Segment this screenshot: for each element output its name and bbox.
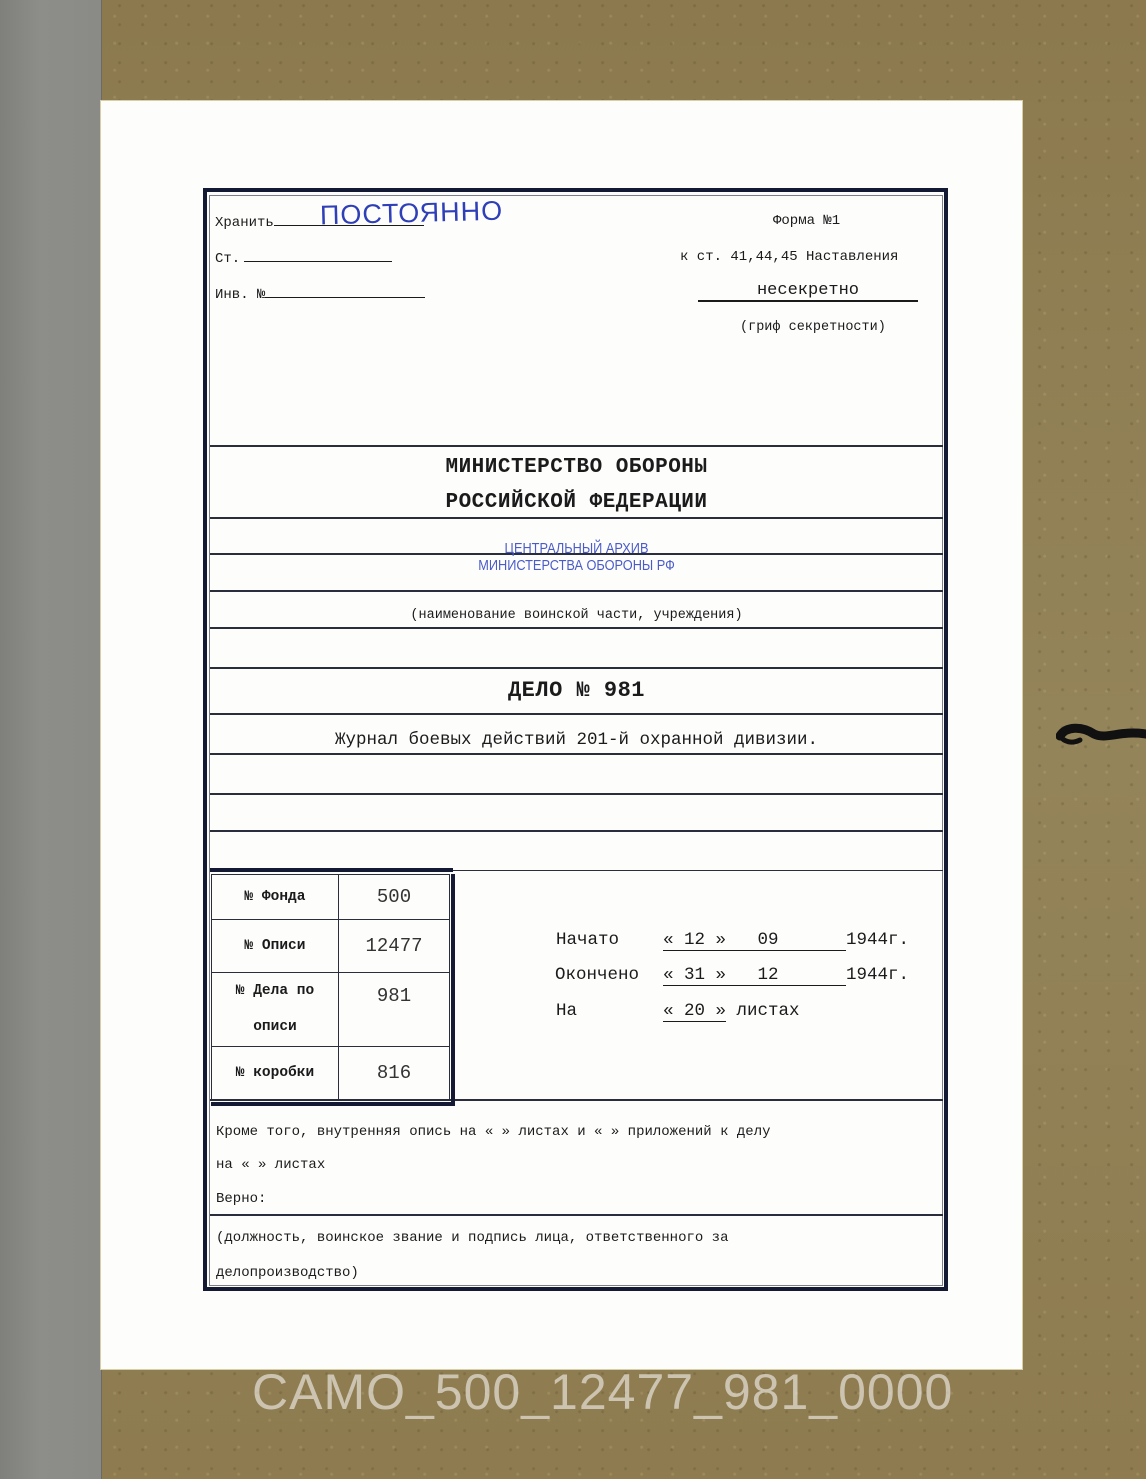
- case-title: ДЕЛО № 981: [210, 679, 943, 703]
- started-row: Начато« 12 » 091944г.: [556, 930, 909, 951]
- sheets-row: На« 20 » листах: [556, 1001, 800, 1022]
- folder-spine: [0, 0, 102, 1479]
- ledger-value: 500: [339, 875, 450, 920]
- started-label: Начато: [556, 930, 663, 950]
- ended-date-line: « 31 » 12: [663, 965, 846, 986]
- rule: [210, 517, 943, 519]
- classification-caption: (гриф секретности): [740, 320, 886, 336]
- form-number: Форма №1: [773, 213, 840, 229]
- sheets-count: « 20 »: [663, 1001, 726, 1022]
- rule: [210, 793, 943, 795]
- rule-thick: [210, 868, 453, 872]
- ended-year: 1944г.: [846, 965, 909, 985]
- rule: [453, 870, 943, 871]
- article-line: [244, 249, 392, 262]
- inventory-field: Инв. №: [215, 285, 425, 303]
- ended-day: « 31 »: [663, 965, 726, 985]
- started-month: 09: [758, 930, 779, 950]
- inventory-line: [265, 285, 425, 298]
- ledger-row: № Фонда 500: [212, 875, 450, 920]
- rule: [210, 445, 943, 447]
- inventory-label: Инв. №: [215, 287, 265, 303]
- archive-stamp-line-2: МИНИСТЕРСТВА ОБОРОНЫ РФ: [265, 558, 888, 574]
- ledger-row: № коробки 816: [212, 1047, 450, 1100]
- started-year: 1944г.: [846, 930, 909, 950]
- signature-caption-2: делопроизводство): [216, 1265, 359, 1281]
- rule: [210, 627, 943, 629]
- case-description: Журнал боевых действий 201-й охранной ди…: [210, 730, 943, 750]
- ministry-line-2: РОССИЙСКОЙ ФЕДЕРАЦИИ: [210, 491, 943, 515]
- ended-label: Окончено: [555, 965, 663, 985]
- ministry-line-1: МИНИСТЕРСТВО ОБОРОНЫ: [210, 456, 943, 480]
- rule: [210, 713, 943, 715]
- ledger-value: 12477: [339, 919, 450, 972]
- keep-label: Хранить: [215, 215, 274, 231]
- internal-inventory-note: Кроме того, внутренняя опись на « » лист…: [216, 1124, 771, 1140]
- scan-watermark: CAMO_500_12477_981_0000: [252, 1362, 953, 1422]
- article-field: Ст.: [215, 249, 392, 267]
- sheets-suffix: листах: [737, 1001, 800, 1021]
- started-date-line: « 12 » 09: [663, 930, 846, 951]
- rule: [210, 830, 943, 832]
- ledger-label: № коробки: [212, 1047, 339, 1100]
- rule: [210, 667, 943, 669]
- archive-stamp-line-1: ЦЕНТРАЛЬНЫЙ АРХИВ: [265, 541, 888, 557]
- article-label: Ст.: [215, 251, 240, 267]
- sheets-label: На: [556, 1001, 663, 1021]
- form-reference: к ст. 41,44,45 Наставления: [680, 249, 898, 265]
- ledger-label: № Описи: [212, 919, 339, 972]
- rule: [210, 1214, 943, 1216]
- ended-row: Окончено« 31 » 121944г.: [555, 965, 909, 986]
- unit-caption: (наименование воинской части, учреждения…: [210, 608, 943, 624]
- rule: [210, 753, 943, 755]
- permanent-stamp: ПОСТОЯННО: [320, 196, 504, 231]
- folder-string-tie-icon: [1056, 722, 1146, 752]
- ledger-value: 816: [339, 1047, 450, 1100]
- signature-caption-1: (должность, воинское звание и подпись ли…: [216, 1230, 728, 1246]
- ledger-label: № Фонда: [212, 875, 339, 920]
- verified-label: Верно:: [216, 1191, 266, 1207]
- ledger-row: № Описи 12477: [212, 919, 450, 972]
- classification-value: несекретно: [698, 282, 918, 302]
- ledger-value: 981: [339, 972, 450, 1046]
- started-day: « 12 »: [663, 930, 726, 950]
- ended-month: 12: [758, 965, 779, 985]
- sheets-note: на « » листах: [216, 1157, 325, 1173]
- rule: [210, 590, 943, 592]
- ledger-label: № Дела по описи: [212, 972, 339, 1046]
- ledger-table: № Фонда 500 № Описи 12477 № Дела по опис…: [211, 874, 455, 1106]
- ledger-row: № Дела по описи 981: [212, 972, 450, 1046]
